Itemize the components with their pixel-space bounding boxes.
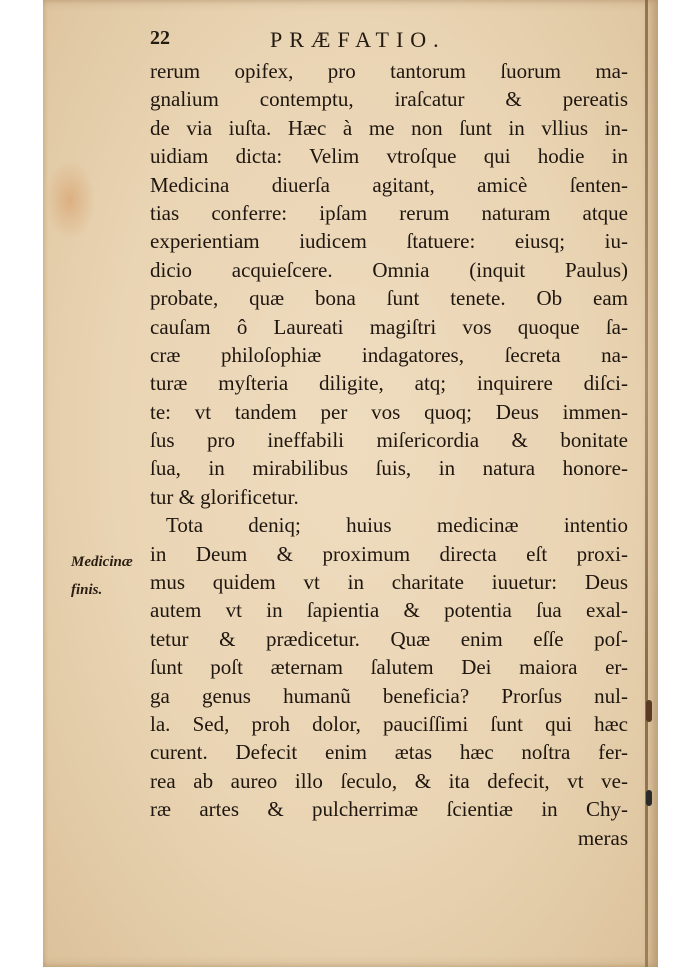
text-line: Tota deniq; huius medicinæ intentio: [150, 511, 628, 539]
ink-blot: [646, 790, 652, 806]
text-line: curent. Defecit enim ætas hæc noſtra fer…: [150, 738, 628, 766]
text-line: tur & glorificetur.: [150, 483, 628, 511]
text-line: gnalium contemptu, iraſcatur & pereatis: [150, 85, 628, 113]
text-line: te: vt tandem per vos quoq; Deus immen-: [150, 398, 628, 426]
page-edge-shadow: [645, 0, 648, 967]
text-line: de via iuſta. Hæc à me non ſunt in vlliu…: [150, 114, 628, 142]
text-line: experientiam iudicem ſtatuere: eiusq; iu…: [150, 227, 628, 255]
body-text: rerum opifex, pro tantorum ſuorum ma- gn…: [150, 57, 628, 852]
text-line: rea ab aureo illo ſeculo, & ita defecit,…: [150, 767, 628, 795]
margin-note-line: finis.: [71, 576, 151, 604]
text-line: ſus pro ineffabili miſericordia & bonita…: [150, 426, 628, 454]
text-line: ſua, in mirabilibus ſuis, in natura hono…: [150, 454, 628, 482]
text-line: dicio acquieſcere. Omnia (inquit Paulus): [150, 256, 628, 284]
text-line: cræ philoſophiæ indagatores, ſecreta na-: [150, 341, 628, 369]
text-line: autem vt in ſapientia & potentia ſua exa…: [150, 596, 628, 624]
margin-note: Medicinæ finis.: [71, 548, 151, 604]
text-line: probate, quæ bona ſunt tenete. Ob eam: [150, 284, 628, 312]
paper-stain: [45, 160, 95, 240]
text-line: Medicina diuerſa agitant, amicè ſenten-: [150, 171, 628, 199]
text-line: turæ myſteria diligite, atq; inquirere d…: [150, 369, 628, 397]
text-line: rerum opifex, pro tantorum ſuorum ma-: [150, 57, 628, 85]
page-header: 22 PRÆFATIO.: [150, 27, 630, 53]
text-line: tias conferre: ipſam rerum naturam atque: [150, 199, 628, 227]
page-number: 22: [150, 27, 170, 50]
text-line: in Deum & proximum directa eſt proxi-: [150, 540, 628, 568]
text-line: ga genus humanũ beneficia? Prorſus nul-: [150, 682, 628, 710]
text-line: ſunt poſt æternam ſalutem Dei maiora er-: [150, 653, 628, 681]
text-line: ræ artes & pulcherrimæ ſcientiæ in Chy-: [150, 795, 628, 823]
text-line: cauſam ô Laureati magiſtri vos quoque ſa…: [150, 313, 628, 341]
running-title: PRÆFATIO.: [270, 27, 446, 53]
margin-note-line: Medicinæ: [71, 548, 151, 576]
text-line: la. Sed, proh dolor, pauciſſimi ſunt qui…: [150, 710, 628, 738]
text-line: mus quidem vt in charitate iuuetur: Deus: [150, 568, 628, 596]
catchword: meras: [150, 824, 628, 852]
text-line: uidiam dicta: Velim vtroſque qui hodie i…: [150, 142, 628, 170]
text-line: tetur & prædicetur. Quæ enim eſſe poſ-: [150, 625, 628, 653]
ink-blot: [646, 700, 652, 722]
